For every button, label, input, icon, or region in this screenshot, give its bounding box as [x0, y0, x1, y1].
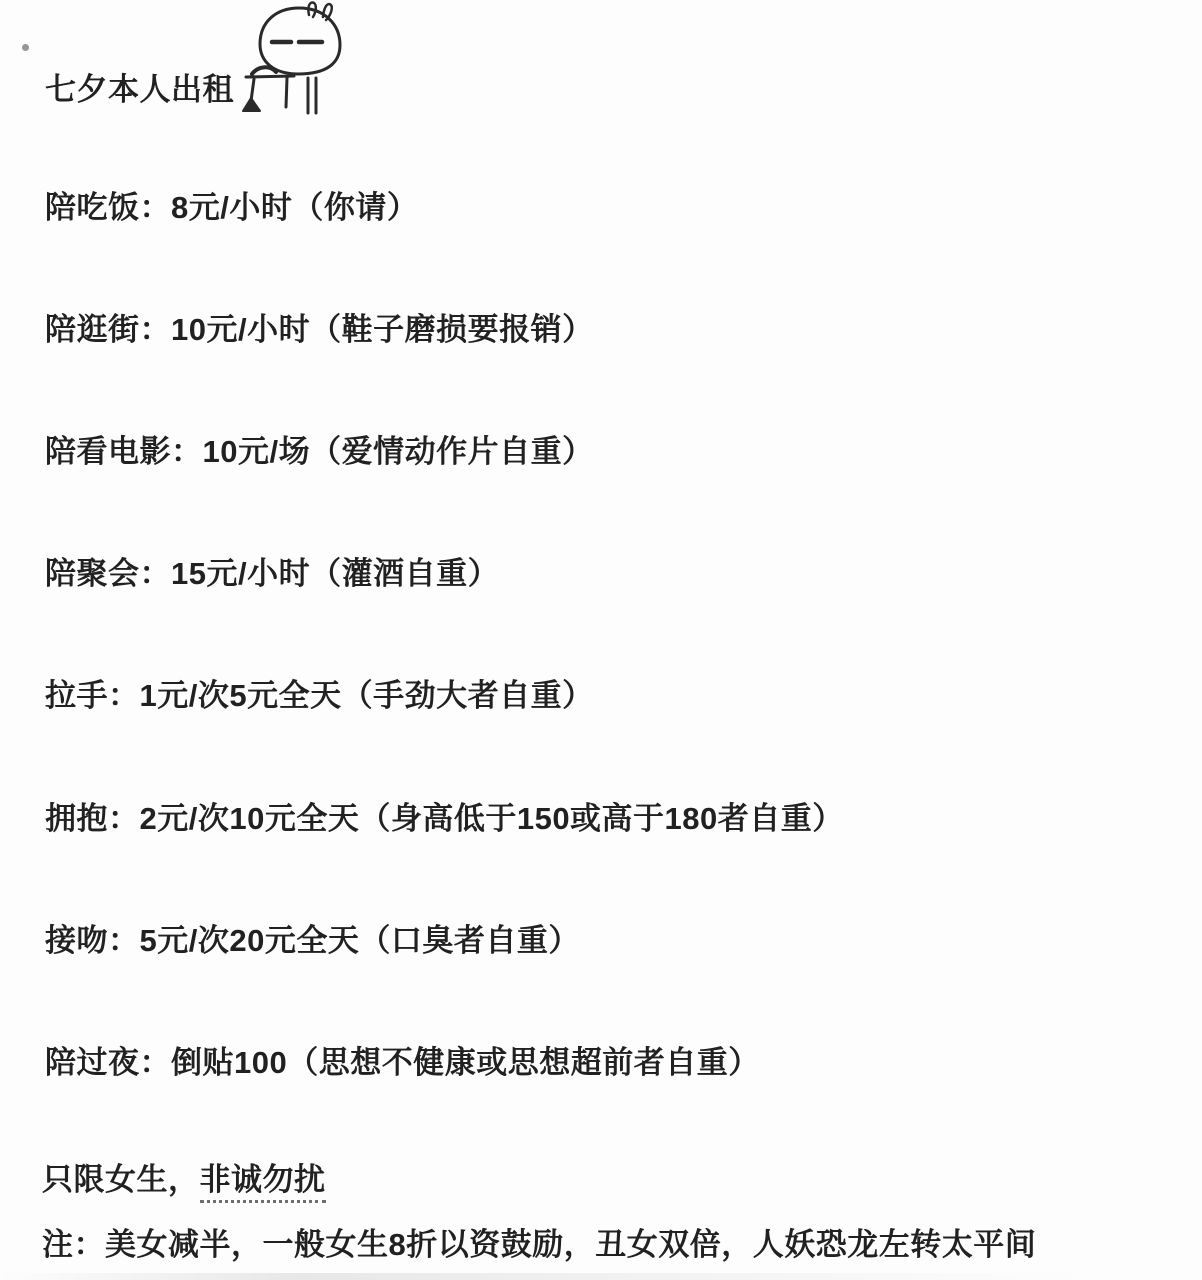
document-page: 七夕本人出租 陪吃饭：8元/小时（你请） 陪逛街：10元/小时（鞋子磨损要报销）… — [0, 0, 1202, 1280]
page-title: 七夕本人出租 — [45, 72, 234, 108]
restriction-underlined-text: 非诚勿扰 — [200, 1162, 326, 1203]
price-item-hand-holding: 拉手：1元/次5元全天（手劲大者自重） — [45, 678, 594, 714]
table-foot — [243, 98, 260, 111]
price-item-movie: 陪看电影：10元/场（爱情动作片自重） — [45, 434, 594, 470]
restriction-prefix: 只限女生， — [42, 1162, 200, 1197]
price-item-hug: 拥抱：2元/次10元全天（身高低于150或高于180者自重） — [45, 801, 844, 837]
restriction-line: 只限女生，非诚勿扰 — [42, 1162, 326, 1198]
price-item-meal: 陪吃饭：8元/小时（你请） — [45, 190, 418, 226]
scan-artifact — [0, 1273, 1202, 1280]
price-item-party: 陪聚会：15元/小时（灌酒自重） — [45, 556, 499, 592]
price-item-overnight: 陪过夜：倒贴100（思想不健康或思想超前者自重） — [45, 1045, 760, 1081]
price-item-shopping: 陪逛街：10元/小时（鞋子磨损要报销） — [45, 312, 594, 348]
price-item-kiss: 接吻：5元/次20元全天（口臭者自重） — [45, 923, 580, 959]
footnote-line: 注：美女减半，一般女生8折以资鼓励，丑女双倍，人妖恐龙左转太平间 — [42, 1227, 1036, 1263]
rabbit-leg-left — [286, 78, 287, 107]
scan-speck — [22, 44, 29, 51]
tuzki-rabbit-emoticon — [230, 0, 365, 122]
